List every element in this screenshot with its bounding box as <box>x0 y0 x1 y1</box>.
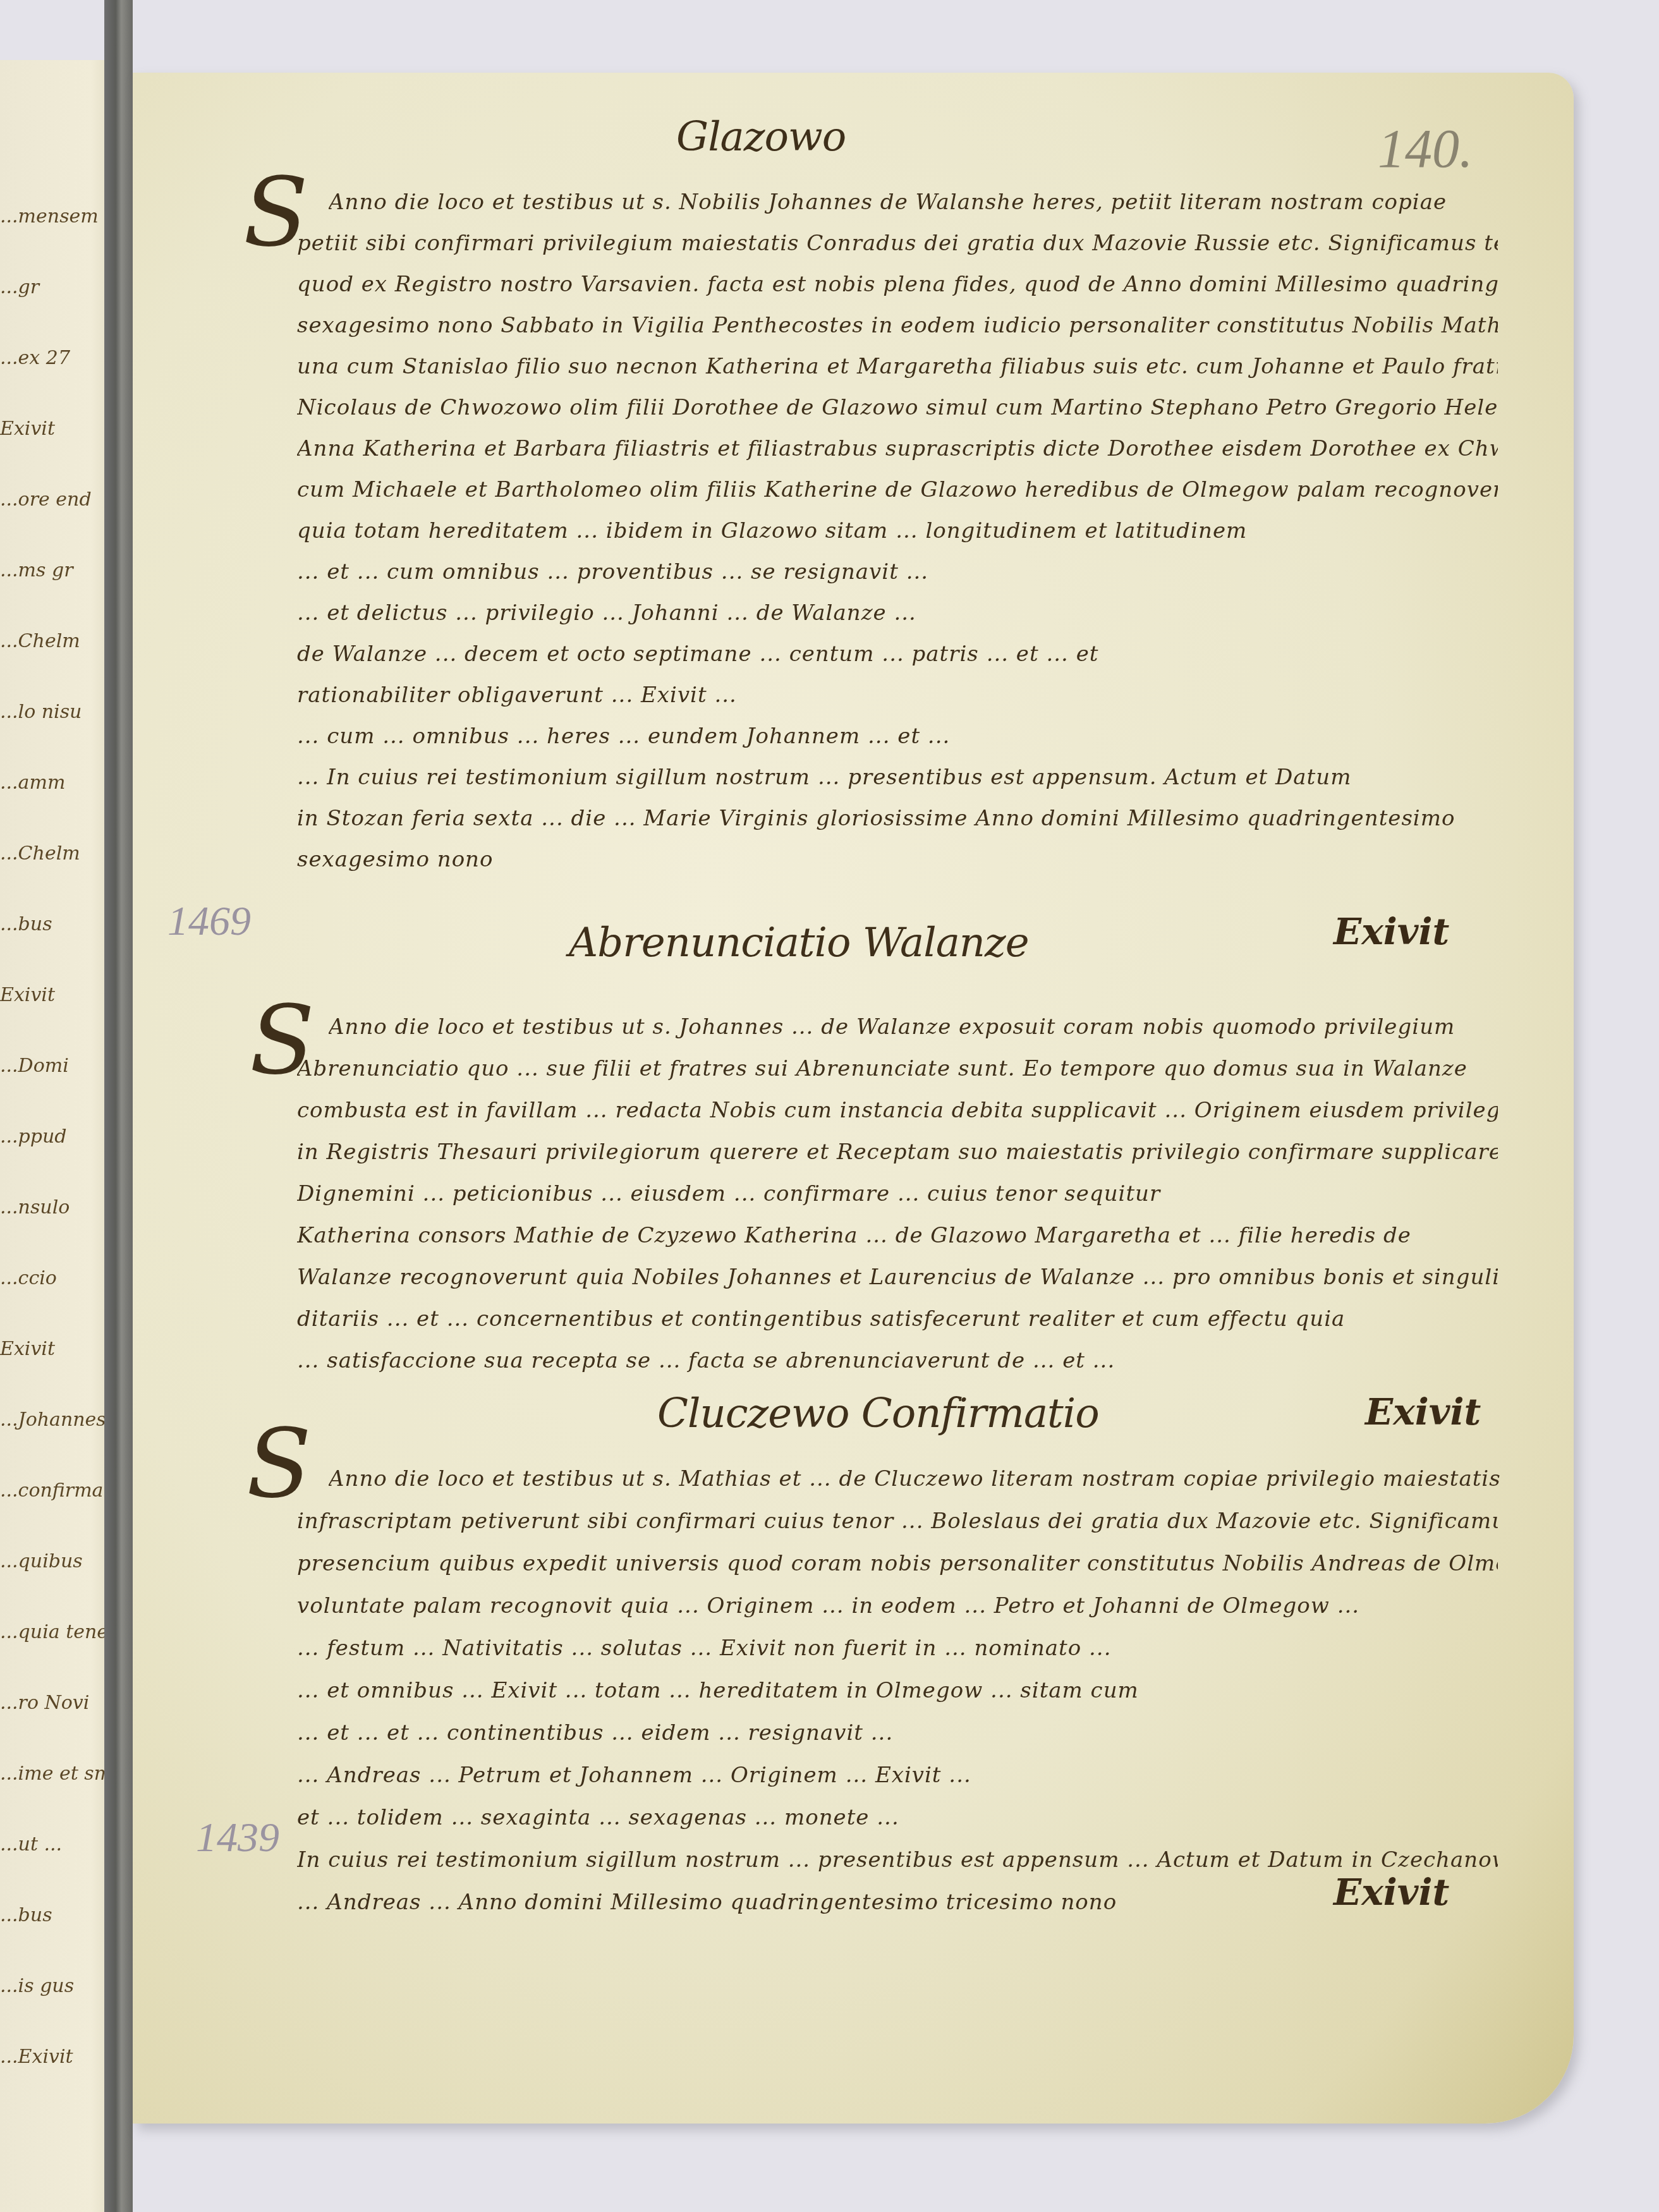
facing-page-fragment: ...ms gr <box>0 559 73 581</box>
facing-page-fragment: ...ut ... <box>0 1833 62 1856</box>
manuscript-line: ... festum ... Nativitatis ... solutas .… <box>297 1636 1498 1661</box>
facing-page-fragment: ...ex 27 <box>0 347 70 369</box>
entry-heading-cluczewo: Cluczewo Confirmatio <box>657 1390 1099 1437</box>
entry-heading-glazowo: Glazowo <box>676 114 846 161</box>
manuscript-line: petiit sibi confirmari privilegium maies… <box>297 231 1498 256</box>
manuscript-line: Anno die loco et testibus ut s. Mathias … <box>329 1466 1529 1492</box>
manuscript-line: Abrenunciatio quo ... sue filii et fratr… <box>297 1056 1498 1081</box>
decorated-initial: S <box>246 1409 312 1519</box>
manuscript-line: ... et ... et ... continentibus ... eide… <box>297 1720 1498 1746</box>
manuscript-line: presencium quibus expedit universis quod… <box>297 1551 1498 1576</box>
facing-page-fragment: Exivit <box>0 1338 55 1360</box>
manuscript-line: ... cum ... omnibus ... heres ... eundem… <box>297 724 1498 749</box>
facing-page-fragment: ...ore end <box>0 489 92 511</box>
year-note: 1439 <box>196 1814 279 1862</box>
facing-page-fragment: ...Exivit <box>0 2046 73 2068</box>
manuscript-line: rationabiliter obligaverunt ... Exivit .… <box>297 683 1498 708</box>
manuscript-line: in Registris Thesauri privilegiorum quer… <box>297 1139 1498 1165</box>
manuscript-line: Anno die loco et testibus ut s. Johannes… <box>329 1014 1529 1040</box>
manuscript-line: quod ex Registro nostro Varsavien. facta… <box>297 272 1498 297</box>
manuscript-line: Walanze recognoverunt quia Nobiles Johan… <box>297 1265 1498 1290</box>
manuscript-line: ditariis ... et ... concernentibus et co… <box>297 1306 1498 1332</box>
exivit-mark: Exivit <box>1334 910 1449 953</box>
manuscript-line: ... In cuius rei testimonium sigillum no… <box>297 765 1498 790</box>
manuscript-line: combusta est in favillam ... redacta Nob… <box>297 1098 1498 1123</box>
facing-page-fragment: ...Johannes <box>0 1409 106 1431</box>
manuscript-line: quia totam hereditatem ... ibidem in Gla… <box>297 518 1498 544</box>
manuscript-line: sexagesimo nono <box>297 847 1498 872</box>
facing-page-fragment: ...mensem <box>0 205 99 228</box>
manuscript-line: Anno die loco et testibus ut s. Nobilis … <box>329 190 1529 215</box>
facing-page-fragment: ...ppud <box>0 1126 67 1148</box>
exivit-mark: Exivit <box>1365 1390 1481 1433</box>
facing-page-fragment: ...quia tenet <box>0 1621 116 1643</box>
manuscript-line: et ... tolidem ... sexaginta ... sexagen… <box>297 1805 1498 1830</box>
entry-heading-abrenunciatio: Abrenunciatio Walanze <box>569 920 1029 966</box>
manuscript-line: voluntate palam recognovit quia ... Orig… <box>297 1593 1498 1619</box>
facing-page-fragment: ...ccio <box>0 1267 57 1289</box>
binding-clip <box>104 0 133 2212</box>
manuscript-line: Anna Katherina et Barbara filiastris et … <box>297 436 1498 461</box>
facing-page-fragment: ...gr <box>0 276 39 298</box>
facing-page-fragment: Exivit <box>0 984 55 1006</box>
facing-page-fragment: ...ro Novi <box>0 1692 89 1714</box>
facing-page-fragment: ...quibus <box>0 1550 83 1572</box>
facing-page-fragment: ...lo nisu <box>0 701 82 723</box>
facing-page-fragment: Exivit <box>0 418 55 440</box>
manuscript-line: de Walanze ... decem et octo septimane .… <box>297 641 1498 667</box>
manuscript-line: ... Andreas ... Anno domini Millesimo qu… <box>297 1890 1498 1915</box>
manuscript-line: ... Andreas ... Petrum et Johannem ... O… <box>297 1763 1498 1788</box>
manuscript-line: Dignemini ... peticionibus ... eiusdem .… <box>297 1181 1498 1206</box>
manuscript-line: ... satisfaccione sua recepta se ... fac… <box>297 1348 1498 1373</box>
year-note: 1469 <box>167 897 251 945</box>
facing-page-fragment: ...confirmat <box>0 1480 111 1502</box>
facing-page-fragment: ...ime et sm <box>0 1763 112 1785</box>
facing-page-fragment: ...is gus <box>0 1975 74 1997</box>
manuscript-line: Nicolaus de Chwozowo olim filii Dorothee… <box>297 395 1498 420</box>
manuscript-line: ... et delictus ... privilegio ... Johan… <box>297 600 1498 626</box>
manuscript-line: Katherina consors Mathie de Czyzewo Kath… <box>297 1223 1498 1248</box>
facing-page-fragment: ...amm <box>0 772 65 794</box>
manuscript-line: sexagesimo nono Sabbato in Vigilia Penth… <box>297 313 1498 338</box>
facing-page-fragment: ...Chelm <box>0 630 80 652</box>
manuscript-line: In cuius rei testimonium sigillum nostru… <box>297 1847 1498 1873</box>
facing-page-fragment: ...Domi <box>0 1055 69 1077</box>
manuscript-line: una cum Stanislao filio suo necnon Kathe… <box>297 354 1498 379</box>
manuscript-line: in Stozan feria sexta ... die ... Marie … <box>297 806 1498 831</box>
manuscript-line: infrascriptam petiverunt sibi confirmari… <box>297 1509 1498 1534</box>
manuscript-line: cum Michaele et Bartholomeo olim filiis … <box>297 477 1498 502</box>
facing-page-fragment: ...nsulo <box>0 1196 70 1218</box>
manuscript-line: ... et omnibus ... Exivit ... totam ... … <box>297 1678 1498 1703</box>
facing-page-left: ...mensem...gr...ex 27Exivit...ore end..… <box>0 60 114 2212</box>
facing-page-fragment: ...bus <box>0 913 52 935</box>
folio-number: 140. <box>1378 117 1473 180</box>
manuscript-line: ... et ... cum omnibus ... proventibus .… <box>297 559 1498 585</box>
facing-page-fragment: ...Chelm <box>0 842 80 865</box>
facing-page-fragment: ...bus <box>0 1904 52 1926</box>
exivit-mark: Exivit <box>1334 1871 1449 1914</box>
